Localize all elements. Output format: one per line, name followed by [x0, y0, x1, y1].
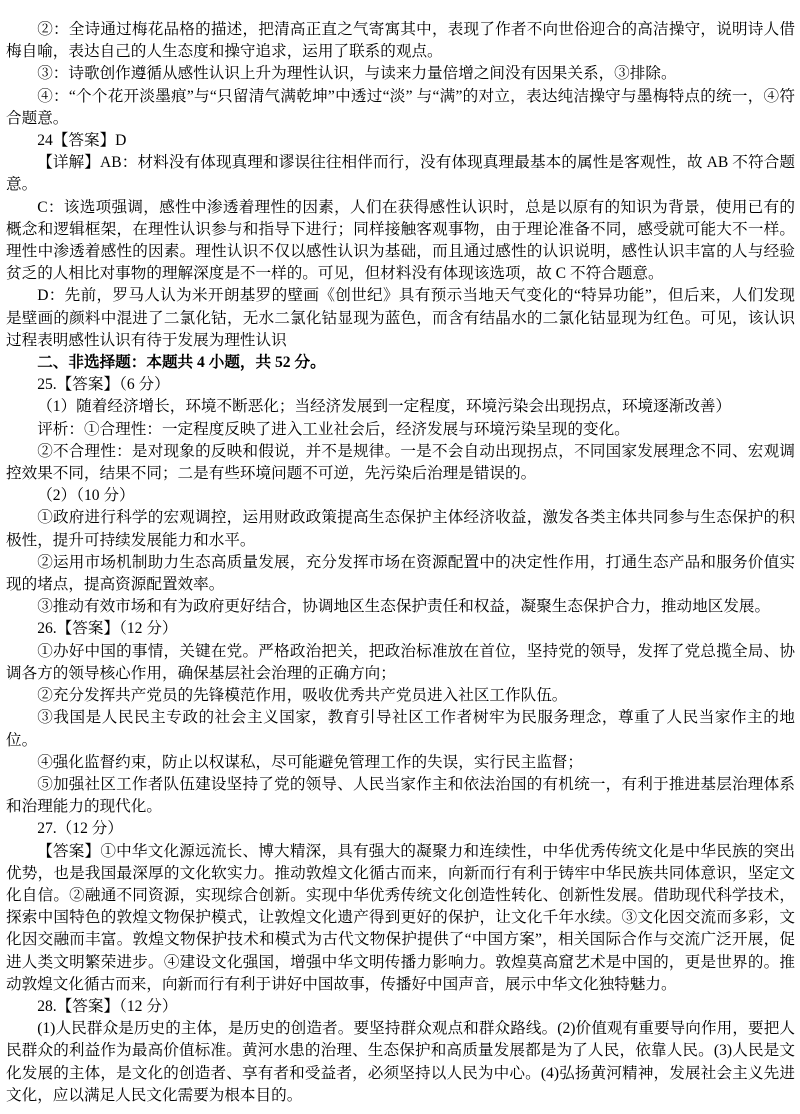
answer-28-label: 28.【答案】（12 分）: [6, 996, 795, 1018]
answer-25-part1-point2: ②不合理性：是对现象的反映和假说，并不是规律。一是不会自动出现拐点，不同国家发展…: [6, 441, 795, 485]
answer-26-point1: ①办好中国的事情，关键在党。严格政治把关，把政治标准放在首位，坚持党的领导，发挥…: [6, 641, 795, 685]
answer-25-part2-point1: ①政府进行科学的宏观调控，运用财政政策提高生态保护主体经济收益，激发各类主体共同…: [6, 507, 795, 551]
answer-26-point3: ③我国是人民民主专政的社会主义国家，教育引导社区工作者树牢为民服务理念，尊重了人…: [6, 707, 795, 751]
answer-26-point2: ②充分发挥共产党员的先锋模范作用，吸收优秀共产党员进入社区工作队伍。: [6, 685, 795, 707]
answer-24-detail-ab: 【详解】AB：材料没有体现真理和谬误往往相伴而行，没有体现真理最基本的属性是客观…: [6, 152, 795, 196]
answer-24-label: 24【答案】D: [6, 130, 795, 152]
answer-25-part1: （1）随着经济增长，环境不断恶化；当经济发展到一定程度，环境污染会出现拐点，环境…: [6, 396, 795, 418]
answer-28-body: (1)人民群众是历史的主体，是历史的创造者。要坚持群众观点和群众路线。(2)价值…: [6, 1018, 795, 1107]
answer-23-option2: ②：全诗通过梅花品格的描述，把清高正直之气寄寓其中，表现了作者不向世俗迎合的高洁…: [6, 19, 795, 63]
answer-23-option4: ④：“个个花开淡墨痕”与“只留清气满乾坤”中透过“淡” 与“满”的对立，表达纯洁…: [6, 86, 795, 130]
answer-26-point5: ⑤加强社区工作者队伍建设坚持了党的领导、人民当家作主和依法治国的有机统一，有利于…: [6, 774, 795, 818]
section-header-part2: 二、非选择题：本题共 4 小题，共 52 分。: [6, 352, 795, 374]
answer-26-label: 26.【答案】（12 分）: [6, 618, 795, 640]
answer-27-label: 27.（12 分）: [6, 818, 795, 840]
answer-27-body: 【答案】①中华文化源远流长、博大精深，具有强大的凝聚力和连续性，中华优秀传统文化…: [6, 841, 795, 996]
answer-24-detail-c: C：该选项强调，感性中渗透着理性的因素，人们在获得感性认识时，总是以原有的知识为…: [6, 197, 795, 286]
answer-26-point4: ④强化监督约束，防止以权谋私，尽可能避免管理工作的失误，实行民主监督；: [6, 752, 795, 774]
answer-25-part2-point3: ③推动有效市场和有为政府更好结合，协调地区生态保护责任和权益，凝聚生态保护合力，…: [6, 596, 795, 618]
answer-25-part1-point1: 评析：①合理性：一定程度反映了进入工业社会后，经济发展与环境污染呈现的变化。: [6, 419, 795, 441]
answer-25-part2-point2: ②运用市场机制助力生态高质量发展，充分发挥市场在资源配置中的决定性作用，打通生态…: [6, 552, 795, 596]
answer-23-option3: ③：诗歌创作遵循从感性认识上升为理性认识，与读来力量倍增之间没有因果关系，③排除…: [6, 63, 795, 85]
answer-24-detail-d: D：先前，罗马人认为米开朗基罗的壁画《创世纪》具有预示当地天气变化的“特异功能”…: [6, 285, 795, 352]
document-page: ②：全诗通过梅花品格的描述，把清高正直之气寄寓其中，表现了作者不向世俗迎合的高洁…: [0, 0, 800, 1114]
answer-25-part2-label: （2）（10 分）: [6, 485, 795, 507]
answer-25-label: 25.【答案】（6 分）: [6, 374, 795, 396]
